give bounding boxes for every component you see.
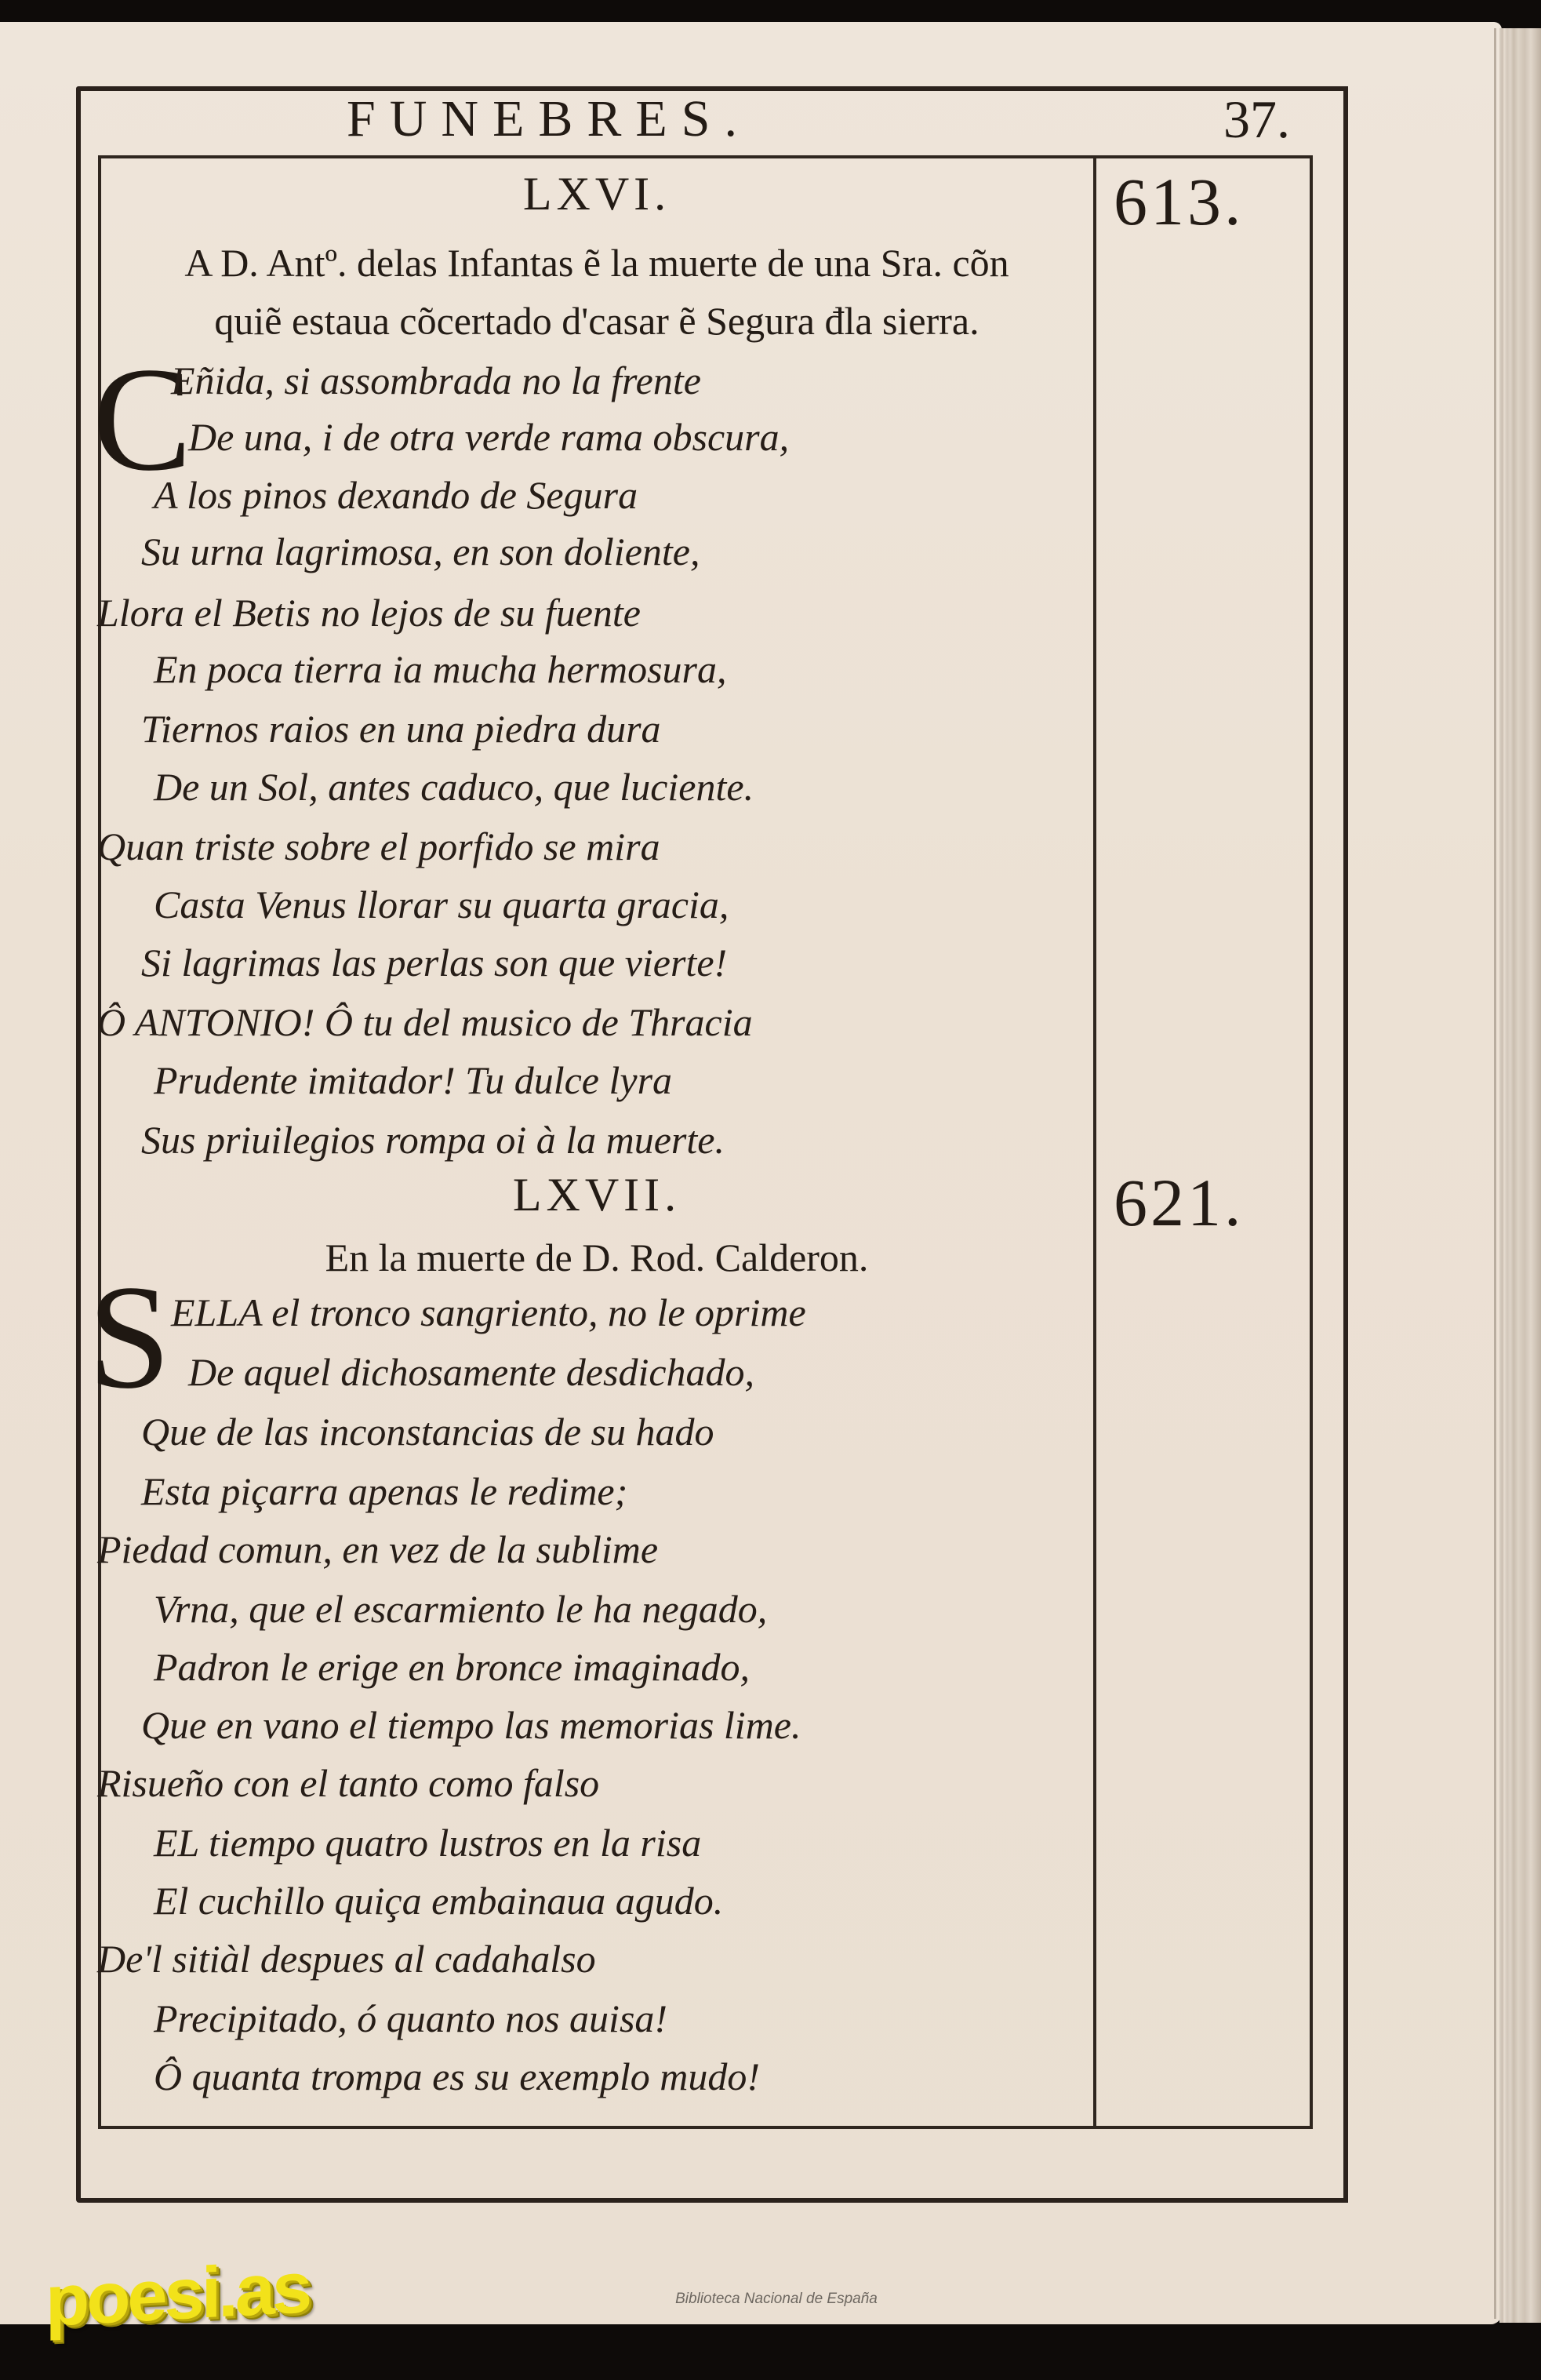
verse-line: Ô quanta trompa es su exemplo mudo! [154,2051,760,2102]
poem-title-line: quiẽ estaua cõcertado d'casar ẽ Segura đ… [102,295,1092,347]
verse-line: Prudente imitador! Tu dulce lyra [154,1054,672,1106]
verse-line: Casta Venus llorar su quarta gracia, [154,879,729,930]
verse-line: Que de las inconstancias de su hado [141,1406,714,1457]
poesias-logo-watermark: poesi.as [45,2240,249,2353]
verse-line: En poca tierra ia mucha hermosura, [154,643,727,695]
poem-number: LXVI. [102,166,1092,221]
verse-line: El cuchillo quiça embainaua agudo. [154,1875,723,1927]
margin-number: 621. [1114,1167,1302,1238]
verse-line: Sus priuilegios rompa oi à la muerte. [141,1114,725,1166]
verse-line: A los pinos dexando de Segura [154,469,638,521]
verse-line: Eñida, si assombrada no la frente [171,355,701,406]
column-divider [1093,157,1096,2127]
verse-line: ELLA el tronco sangriento, no le oprime [171,1286,806,1338]
drop-cap: S [88,1263,171,1412]
verse-line: Su urna lagrimosa, en son doliente, [141,526,700,577]
verse-line: De'l sitiàl despues al cadahalso [97,1933,596,1985]
verse-line: Padron le erige en bronce imaginado, [154,1641,750,1693]
verse-line: EL tiempo quatro lustros en la risa [154,1817,701,1869]
verse-line: Risueño con el tanto como falso [97,1757,599,1809]
verse-line: Piedad comun, en vez de la sublime [97,1523,658,1575]
poem-number: LXVII. [102,1167,1092,1222]
verse-line: Llora el Betis no lejos de su fuente [97,587,641,639]
library-credit: Biblioteca Nacional de España [612,2291,941,2308]
poem-title-line: En la muerte de D. Rod. Calderon. [102,1232,1092,1283]
verse-line: Que en vano el tiempo las memorias lime. [141,1699,801,1751]
verse-line: Si lagrimas las perlas son que vierte! [141,937,727,988]
verse-line: De un Sol, antes caduco, que luciente. [154,761,754,813]
poem-title-line: A D. Antº. delas Infantas ẽ la muerte de… [102,237,1092,289]
page-stack-edges [1499,28,1541,2323]
verse-line: De una, i de otra verde rama obscura, [188,411,789,463]
verse-line: Vrna, que el escarmiento le ha negado, [154,1583,767,1635]
running-head: FUNEBRES. [329,88,769,151]
verse-line: De aquel dichosamente desdichado, [188,1346,754,1398]
margin-number: 613. [1114,166,1302,237]
page-edge [1494,28,1496,2319]
verse-line: Ô ANTONIO! Ô tu del musico de Thracia [97,996,753,1048]
page-number: 37. [1223,88,1341,151]
verse-line: Quan triste sobre el porfido se mira [97,821,660,872]
verse-line: Tiernos raios en una piedra dura [141,703,661,755]
verse-line: Precipitado, ó quanto nos auisa! [154,1992,667,2044]
verse-line: Esta piçarra apenas le redime; [141,1465,627,1517]
